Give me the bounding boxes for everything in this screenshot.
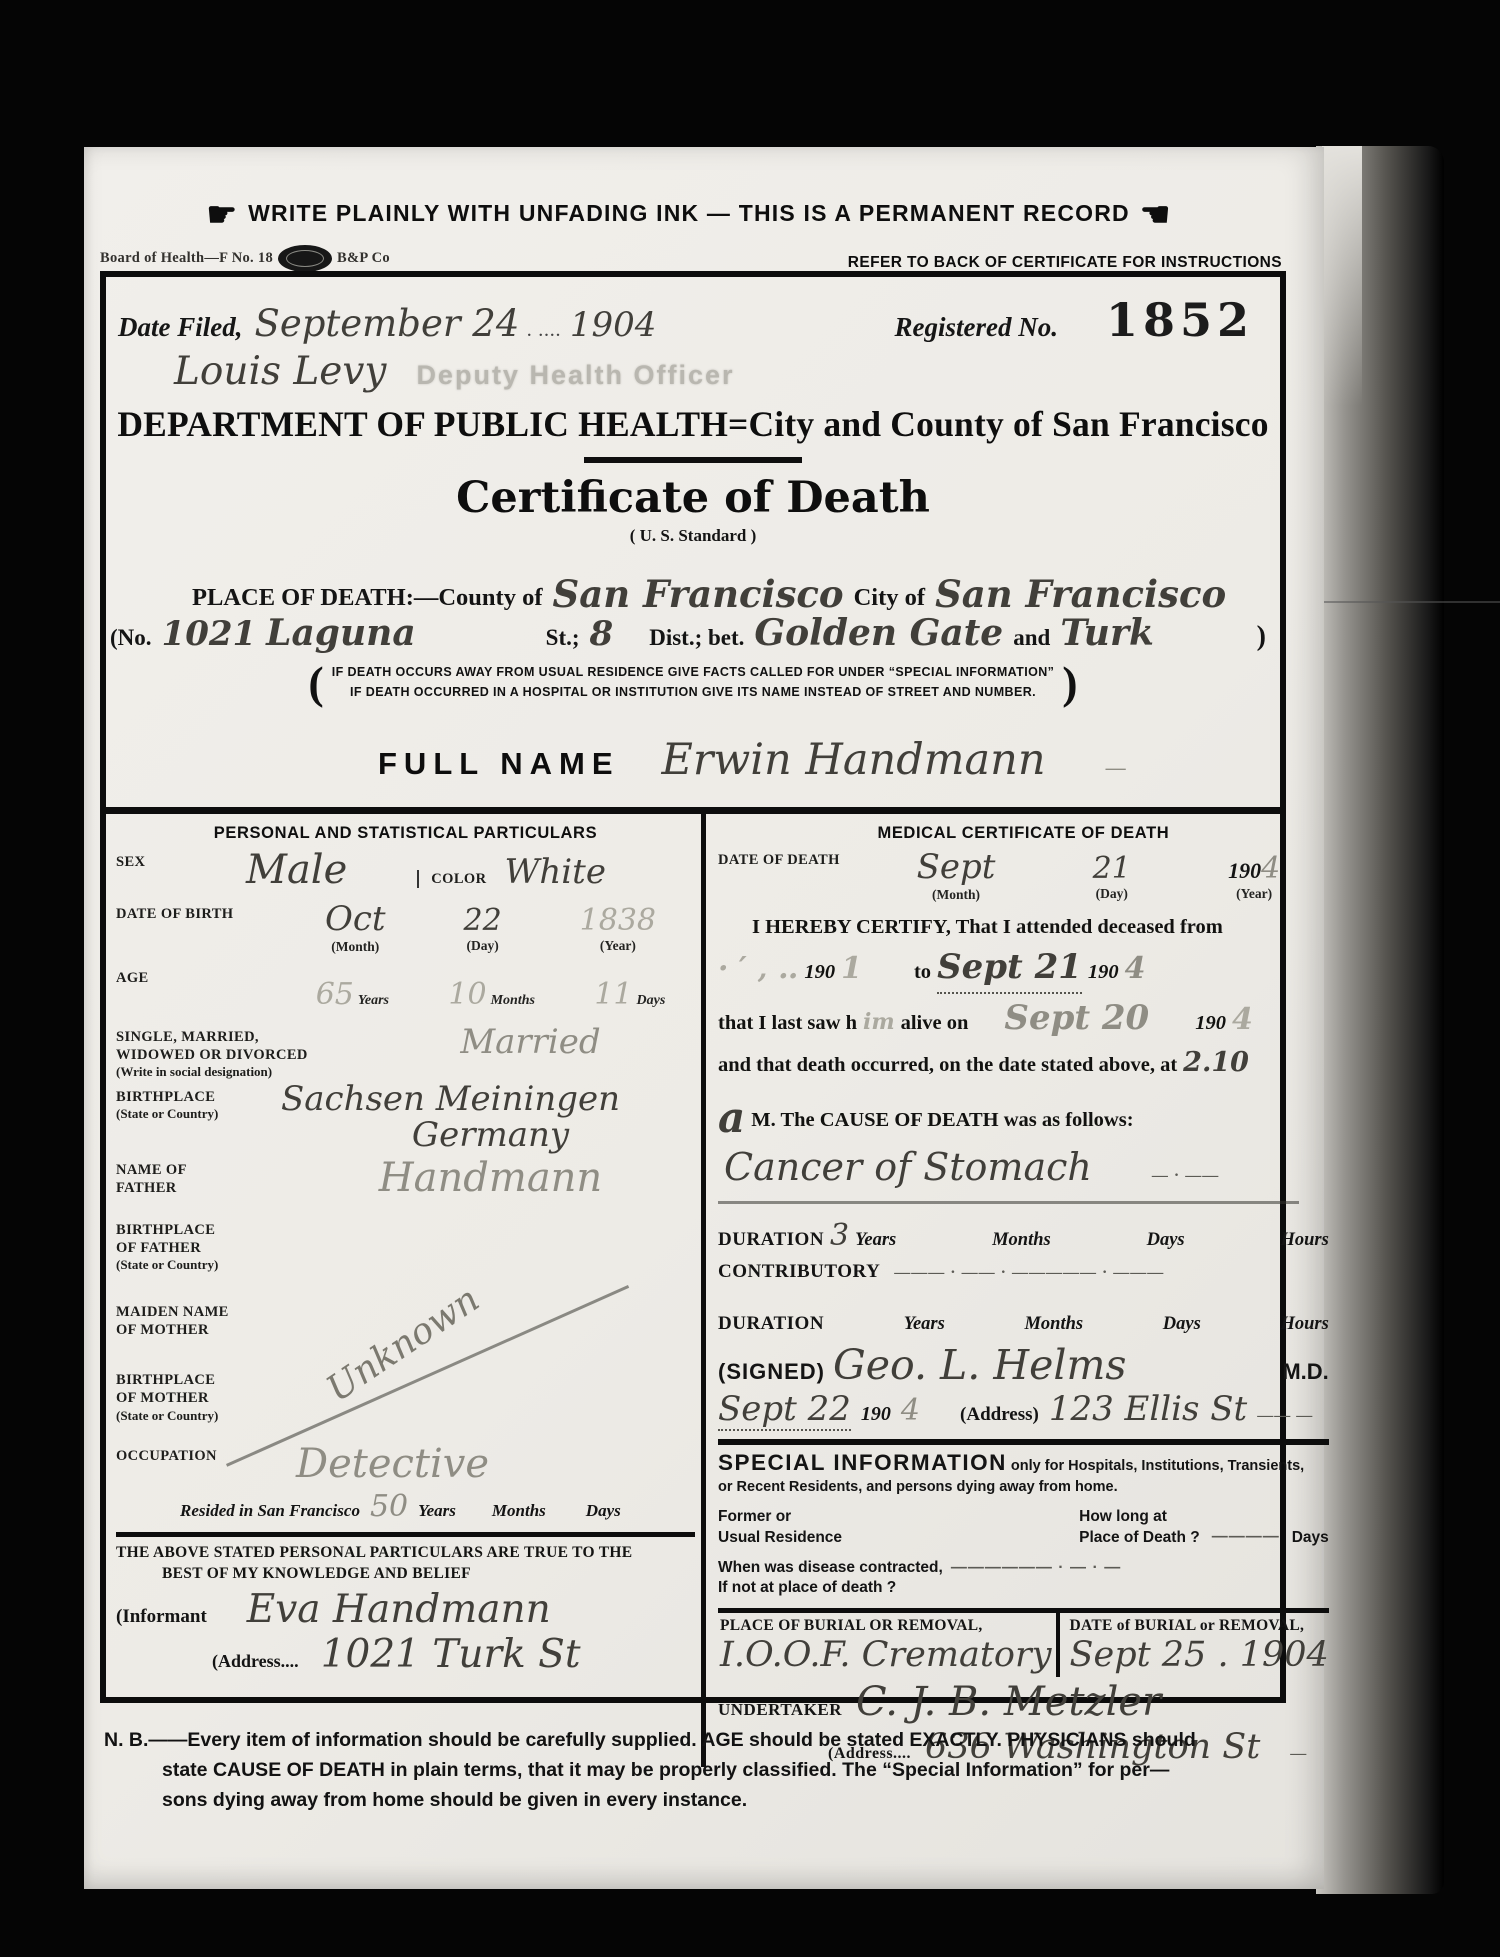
warning-text: WRITE PLAINLY WITH UNFADING INK — THIS I… bbox=[248, 200, 1130, 226]
county-value: San Francisco bbox=[553, 572, 844, 616]
howlong-label-line1: How long at bbox=[1079, 1508, 1167, 1525]
duration2-months-sublabel: Months bbox=[1024, 1314, 1083, 1335]
printer-co-text: B&P Co bbox=[337, 250, 390, 267]
dob-year-sublabel: (Year) bbox=[580, 938, 656, 954]
registered-no-value: 1852 bbox=[1106, 293, 1254, 347]
scan-noise-line bbox=[718, 1201, 1299, 1204]
cause-value: Cancer of Stomach bbox=[724, 1145, 1092, 1189]
duration-row-1: DURATION 3 Years Months Days Hours bbox=[718, 1218, 1329, 1253]
refer-instructions-text: REFER TO BACK OF CERTIFICATE FOR INSTRUC… bbox=[848, 254, 1282, 272]
sex-color-row: SEX Male COLOR White bbox=[116, 847, 695, 893]
father-bp-label-line3: (State or Country) bbox=[116, 1257, 286, 1273]
undertaker-address-trail: — bbox=[1290, 1745, 1307, 1763]
two-column-body: PERSONAL AND STATISTICAL PARTICULARS SEX… bbox=[106, 814, 1280, 1767]
special-info-title: SPECIAL INFORMATION bbox=[718, 1450, 1007, 1475]
mother-bp-label-line3: (State or Country) bbox=[116, 1408, 286, 1424]
close-paren-glyph: ) bbox=[1054, 656, 1085, 709]
occurred-time-value: 2.10 bbox=[1183, 1043, 1249, 1082]
date-filed-row: Date Filed, September 24 . .... 1904 Reg… bbox=[106, 277, 1280, 347]
duration2-days-sublabel: Days bbox=[1163, 1314, 1201, 1335]
informant-address-label: (Address.... bbox=[212, 1651, 299, 1672]
residence-note-line1: IF DEATH OCCURS AWAY FROM USUAL RESIDENC… bbox=[332, 665, 1055, 679]
informant-section-divider bbox=[116, 1532, 695, 1537]
certificate-title: Certificate of Death bbox=[106, 473, 1280, 523]
informant-label: (Informant bbox=[116, 1606, 207, 1628]
last-saw-pre: that I last saw h bbox=[718, 1009, 857, 1039]
resided-years-sublabel: Years bbox=[418, 1501, 456, 1521]
personal-header: PERSONAL AND STATISTICAL PARTICULARS bbox=[116, 824, 695, 843]
disease-contracted-row: When was disease contracted, If not at p… bbox=[718, 1558, 1329, 1598]
city-value: San Francisco bbox=[935, 572, 1226, 616]
date-filed-label: Date Filed, bbox=[118, 312, 242, 343]
occurred-line: and that death occurred, on the date sta… bbox=[718, 1051, 1177, 1081]
street-no-label: (No. bbox=[110, 625, 152, 651]
undertaker-row: UNDERTAKER C. J. B. Metzler bbox=[718, 1679, 1329, 1725]
open-paren-glyph: ( bbox=[300, 656, 331, 709]
marital-label-line2: WIDOWED OR DIVORCED bbox=[116, 1046, 366, 1064]
burial-date-label: DATE of BURIAL or REMOVAL, bbox=[1070, 1617, 1329, 1635]
and-label: and bbox=[1013, 625, 1050, 651]
burial-row: PLACE OF BURIAL OR REMOVAL, I.O.O.F. Cre… bbox=[718, 1613, 1329, 1677]
dob-day-value: 22 bbox=[464, 903, 502, 938]
father-birthplace-row: BIRTHPLACE OF FATHER (State or Country) bbox=[116, 1215, 695, 1273]
former-label-line2: Usual Residence bbox=[718, 1529, 842, 1546]
age-months-sublabel: Months bbox=[491, 993, 535, 1008]
dod-year-sublabel: (Year) bbox=[1228, 886, 1280, 902]
burial-place-label: PLACE OF BURIAL OR REMOVAL, bbox=[720, 1617, 1052, 1635]
signed-trailing-dashes: —— — bbox=[1257, 1407, 1313, 1425]
resided-days-sublabel: Days bbox=[586, 1501, 621, 1521]
age-years-sublabel: Years bbox=[358, 993, 389, 1008]
burial-date-cell: DATE of BURIAL or REMOVAL, Sept 25 . 190… bbox=[1060, 1613, 1329, 1677]
age-days-sublabel: Days bbox=[637, 993, 666, 1008]
manicule-right-icon: ☛ bbox=[196, 196, 248, 234]
nb-line3: sons dying away from home should be give… bbox=[162, 1785, 1204, 1815]
color-label: COLOR bbox=[417, 870, 486, 888]
personal-particulars-column: PERSONAL AND STATISTICAL PARTICULARS SEX… bbox=[106, 814, 706, 1767]
contributory-row: CONTRIBUTORY ——— · —— · ————— · ——— bbox=[718, 1261, 1329, 1283]
certify-to-year-hw: 4 bbox=[1125, 947, 1146, 991]
mother-birthplace-row: BIRTHPLACE OF MOTHER (State or Country) bbox=[116, 1365, 695, 1423]
duration-row-2: DURATION Years Months Days Hours bbox=[718, 1313, 1329, 1335]
full-name-row: FULL NAME Erwin Handmann — bbox=[378, 735, 1280, 785]
mother-label-line1: MAIDEN NAME bbox=[116, 1303, 286, 1321]
contributory-label: CONTRIBUTORY bbox=[718, 1261, 880, 1283]
birthplace-row: BIRTHPLACE (State or Country) Sachsen Me… bbox=[116, 1082, 695, 1153]
signed-row: (SIGNED) Geo. L. Helms M.D. bbox=[718, 1341, 1329, 1389]
full-name-trailing-dash: — bbox=[1106, 757, 1126, 780]
birthplace-label: BIRTHPLACE bbox=[116, 1088, 286, 1106]
statement-line2: BEST OF MY KNOWLEDGE AND BELIEF bbox=[162, 1565, 471, 1582]
street-number-row: (No. 1021 Laguna St.; 8 Dist.; bet. Gold… bbox=[110, 612, 1266, 654]
mother-bp-label-line2: OF MOTHER bbox=[116, 1389, 286, 1407]
last-saw-post: alive on bbox=[901, 1009, 969, 1039]
certify-to-label: to bbox=[914, 958, 931, 988]
street-name-value: Laguna bbox=[266, 612, 415, 654]
sex-value: Male bbox=[246, 847, 347, 893]
last-saw-year-printed: 190 bbox=[1195, 1009, 1226, 1039]
mother-bp-label-line1: BIRTHPLACE bbox=[116, 1371, 286, 1389]
date-of-birth-row: DATE OF BIRTH Oct(Month) 22(Day) 1838(Ye… bbox=[116, 899, 695, 955]
certificate-form-border: Date Filed, September 24 . .... 1904 Reg… bbox=[100, 271, 1286, 1703]
certify-line1: I HEREBY CERTIFY, That I attended deceas… bbox=[718, 913, 1329, 943]
date-of-death-row: DATE OF DEATH Sept(Month) 21(Day) 1904(Y… bbox=[718, 847, 1329, 903]
occupation-value: Detective bbox=[296, 1441, 489, 1487]
duration1-years-value: 3 bbox=[830, 1218, 849, 1253]
duration1-years-sublabel: Years bbox=[855, 1230, 896, 1251]
nb-line1: N. B.——Every item of information should … bbox=[104, 1725, 1204, 1755]
duration2-label: DURATION bbox=[718, 1313, 824, 1335]
dod-month-sublabel: (Month) bbox=[917, 887, 996, 903]
howlong-dashes: ———— bbox=[1212, 1527, 1280, 1548]
am-handwritten: a bbox=[718, 1088, 745, 1149]
particulars-statement: THE ABOVE STATED PERSONAL PARTICULARS AR… bbox=[116, 1543, 695, 1585]
signer-name: Louis Levy bbox=[174, 349, 386, 394]
last-saw-date: Sept 20 bbox=[1004, 994, 1149, 1043]
contributory-dashes: ——— · —— · ————— · ——— bbox=[894, 1264, 1164, 1282]
dod-label: DATE OF DEATH bbox=[718, 847, 868, 869]
signed-address-label: (Address) bbox=[960, 1404, 1039, 1426]
dod-day-sublabel: (Day) bbox=[1093, 886, 1131, 902]
dob-month-value: Oct bbox=[325, 899, 386, 939]
scanned-death-certificate-page: ☛WRITE PLAINLY WITH UNFADING INK — THIS … bbox=[0, 0, 1500, 1957]
last-saw-year-hw: 4 bbox=[1232, 998, 1253, 1042]
department-title: DEPARTMENT OF PUBLIC HEALTH=City and Cou… bbox=[106, 403, 1280, 445]
nb-line2: state CAUSE OF DEATH in plain terms, tha… bbox=[162, 1755, 1204, 1785]
undertaker-value: C. J. B. Metzler bbox=[856, 1679, 1161, 1725]
duration1-hours-sublabel: Hours bbox=[1280, 1230, 1328, 1251]
date-filed-dots: . .... bbox=[527, 324, 562, 341]
ward-value: 8 bbox=[590, 614, 614, 654]
father-value: Handmann bbox=[379, 1155, 602, 1201]
signed-year-hw: 4 bbox=[901, 1393, 920, 1428]
duration2-hours-sublabel: Hours bbox=[1280, 1314, 1328, 1335]
burial-place-value: I.O.O.F. Crematory bbox=[720, 1635, 1052, 1675]
mother-label-line2: OF MOTHER bbox=[116, 1321, 286, 1339]
howlong-days-label: Days bbox=[1292, 1528, 1329, 1548]
informant-value: Eva Handmann bbox=[247, 1587, 551, 1632]
dod-day-value: 21 bbox=[1093, 851, 1131, 886]
contracted-label-line2: If not at place of death ? bbox=[718, 1579, 896, 1596]
informant-address-row: (Address.... 1021 Turk St bbox=[212, 1632, 695, 1677]
dist-label: Dist.; bet. bbox=[649, 625, 744, 651]
dod-year-handwritten: 4 bbox=[1261, 851, 1280, 886]
certify-to-year-printed: 190 bbox=[1088, 958, 1119, 988]
special-info-note1: only for Hospitals, Institutions, Transi… bbox=[1011, 1458, 1304, 1474]
place-of-death-label: PLACE OF DEATH:—County of bbox=[192, 584, 543, 612]
columns-top-divider bbox=[106, 807, 1280, 814]
resided-years-value: 50 bbox=[370, 1489, 408, 1524]
medical-header: MEDICAL CERTIFICATE OF DEATH bbox=[718, 824, 1329, 843]
marital-label-line1: SINGLE, MARRIED, bbox=[116, 1028, 366, 1046]
former-residence-row: Former or Usual Residence How long at Pl… bbox=[718, 1507, 1329, 1547]
informant-row: (Informant Eva Handmann bbox=[116, 1587, 695, 1632]
signed-address-value: 123 Ellis St bbox=[1049, 1389, 1247, 1429]
certify-from-year-printed: 190 bbox=[804, 958, 835, 988]
resided-label: Resided in San Francisco bbox=[180, 1501, 360, 1521]
informant-address-value: 1021 Turk St bbox=[321, 1632, 581, 1677]
duration1-label: DURATION bbox=[718, 1229, 824, 1251]
certify-paragraph: I HEREBY CERTIFY, That I attended deceas… bbox=[718, 913, 1329, 1143]
former-label-line1: Former or bbox=[718, 1508, 791, 1525]
color-value: White bbox=[504, 852, 606, 892]
undertaker-label: UNDERTAKER bbox=[718, 1700, 842, 1720]
nb-footer-note: N. B.——Every item of information should … bbox=[104, 1725, 1204, 1816]
dod-year-printed: 190 bbox=[1228, 858, 1261, 883]
close-paren: ) bbox=[1257, 621, 1266, 653]
signed-date-row: Sept 22 1904 (Address) 123 Ellis St —— — bbox=[718, 1389, 1329, 1431]
occupation-row: OCCUPATION Detective bbox=[116, 1441, 695, 1487]
duration1-days-sublabel: Days bbox=[1147, 1230, 1185, 1251]
age-years-value: 65 bbox=[316, 977, 354, 1012]
certify-from-marks: · ′ ‚ ‥ bbox=[718, 947, 798, 991]
duration2-years-sublabel: Years bbox=[904, 1314, 945, 1335]
birthplace-sublabel: (State or Country) bbox=[116, 1106, 286, 1122]
marital-status-row: SINGLE, MARRIED, WIDOWED OR DIVORCED (Wr… bbox=[116, 1022, 695, 1080]
registered-no-label: Registered No. bbox=[894, 312, 1057, 343]
cause-row: Cancer of Stomach — · —— bbox=[718, 1143, 1329, 1189]
marital-value: Married bbox=[460, 1022, 600, 1062]
signed-date-value: Sept 22 bbox=[718, 1389, 851, 1431]
medical-certificate-column: MEDICAL CERTIFICATE OF DEATH DATE OF DEA… bbox=[706, 814, 1341, 1767]
manicule-left-icon: ☚ bbox=[1130, 196, 1182, 234]
resided-row: Resided in San Francisco 50 Years Months… bbox=[180, 1489, 695, 1524]
last-saw-gap-hw: im bbox=[863, 1007, 895, 1039]
place-of-death-row: PLACE OF DEATH:—County of San Francisco … bbox=[192, 570, 1280, 614]
special-info-note2: or Recent Residents, and persons dying a… bbox=[718, 1479, 1118, 1495]
father-label-line2: FATHER bbox=[116, 1179, 286, 1197]
signer-title-stamp: Deputy Health Officer bbox=[416, 360, 734, 391]
howlong-label-line2: Place of Death ? bbox=[1079, 1529, 1200, 1546]
street-no-value: 1021 bbox=[162, 614, 257, 654]
father-bp-label-line1: BIRTHPLACE bbox=[116, 1221, 286, 1239]
board-of-health-line: Board of Health—F No. 18 B&P Co bbox=[100, 245, 390, 272]
birthplace-value-line2: Germany bbox=[412, 1115, 569, 1155]
certificate-paper: ☛WRITE PLAINLY WITH UNFADING INK — THIS … bbox=[84, 147, 1324, 1889]
full-name-label: FULL NAME bbox=[378, 746, 620, 782]
birthplace-value-line1: Sachsen Meiningen bbox=[281, 1079, 620, 1119]
certify-to-date: Sept 21 bbox=[937, 943, 1082, 994]
dob-year-value: 1838 bbox=[580, 903, 656, 938]
residence-note-line2: IF DEATH OCCURRED IN A HOSPITAL OR INSTI… bbox=[350, 685, 1036, 699]
special-info-header: SPECIAL INFORMATION only for Hospitals, … bbox=[718, 1449, 1329, 1497]
duration1-months-sublabel: Months bbox=[992, 1230, 1051, 1251]
city-label: City of bbox=[854, 584, 925, 612]
dob-day-sublabel: (Day) bbox=[464, 938, 502, 954]
board-row: Board of Health—F No. 18 B&P Co REFER TO… bbox=[100, 245, 1282, 272]
contracted-label-line1: When was disease contracted, bbox=[718, 1559, 943, 1576]
special-info-divider bbox=[718, 1439, 1329, 1445]
full-name-value: Erwin Handmann bbox=[662, 735, 1046, 785]
burial-place-cell: PLACE OF BURIAL OR REMOVAL, I.O.O.F. Cre… bbox=[718, 1613, 1060, 1677]
father-bp-label-line2: OF FATHER bbox=[116, 1239, 286, 1257]
resided-months-sublabel: Months bbox=[492, 1501, 546, 1521]
md-suffix: M.D. bbox=[1282, 1359, 1328, 1385]
us-standard-subtitle: ( U. S. Standard ) bbox=[106, 526, 1280, 546]
marital-label-line3: (Write in social designation) bbox=[116, 1064, 366, 1080]
signed-year-printed: 190 bbox=[861, 1403, 891, 1426]
statement-line1: THE ABOVE STATED PERSONAL PARTICULARS AR… bbox=[116, 1544, 632, 1561]
age-months-value: 10 bbox=[448, 977, 486, 1012]
dob-month-sublabel: (Month) bbox=[325, 939, 386, 955]
between-a-value: Golden Gate bbox=[754, 612, 1003, 654]
st-label: St.; bbox=[546, 625, 580, 651]
occupation-label: OCCUPATION bbox=[116, 1441, 286, 1465]
sex-label: SEX bbox=[116, 847, 206, 871]
contracted-dashes: —————— · — · — bbox=[951, 1558, 1121, 1579]
board-of-health-text: Board of Health—F No. 18 bbox=[100, 250, 273, 267]
signed-label: (SIGNED) bbox=[718, 1359, 825, 1385]
between-b-value: Turk bbox=[1060, 612, 1154, 654]
title-rule bbox=[584, 457, 802, 463]
age-row: AGE 65 Years 10 Months 11 Days bbox=[116, 963, 695, 1012]
father-label-line1: NAME OF bbox=[116, 1161, 286, 1179]
father-name-row: NAME OF FATHER Handmann bbox=[116, 1155, 695, 1201]
dob-label: DATE OF BIRTH bbox=[116, 899, 286, 923]
certify-from-year-hw: 1 bbox=[841, 947, 862, 991]
residence-note: ( IF DEATH OCCURS AWAY FROM USUAL RESIDE… bbox=[106, 656, 1280, 709]
age-label: AGE bbox=[116, 963, 286, 987]
age-days-value: 11 bbox=[594, 977, 632, 1012]
warning-banner: ☛WRITE PLAINLY WITH UNFADING INK — THIS … bbox=[84, 195, 1294, 235]
cause-of-death-line: M. The CAUSE OF DEATH was as follows: bbox=[751, 1106, 1133, 1136]
seal-stamp-icon bbox=[278, 245, 332, 272]
burial-date-value: Sept 25 . 1904 bbox=[1070, 1635, 1329, 1675]
cause-trailing-dashes: — · —— bbox=[1152, 1167, 1219, 1185]
date-filed-value: September 24 bbox=[254, 302, 519, 345]
health-officer-signature-row: Louis Levy Deputy Health Officer bbox=[106, 347, 1280, 403]
date-filed-year: 1904 bbox=[570, 305, 657, 345]
dod-month-value: Sept bbox=[917, 847, 996, 887]
physician-signature: Geo. L. Helms bbox=[833, 1341, 1126, 1389]
